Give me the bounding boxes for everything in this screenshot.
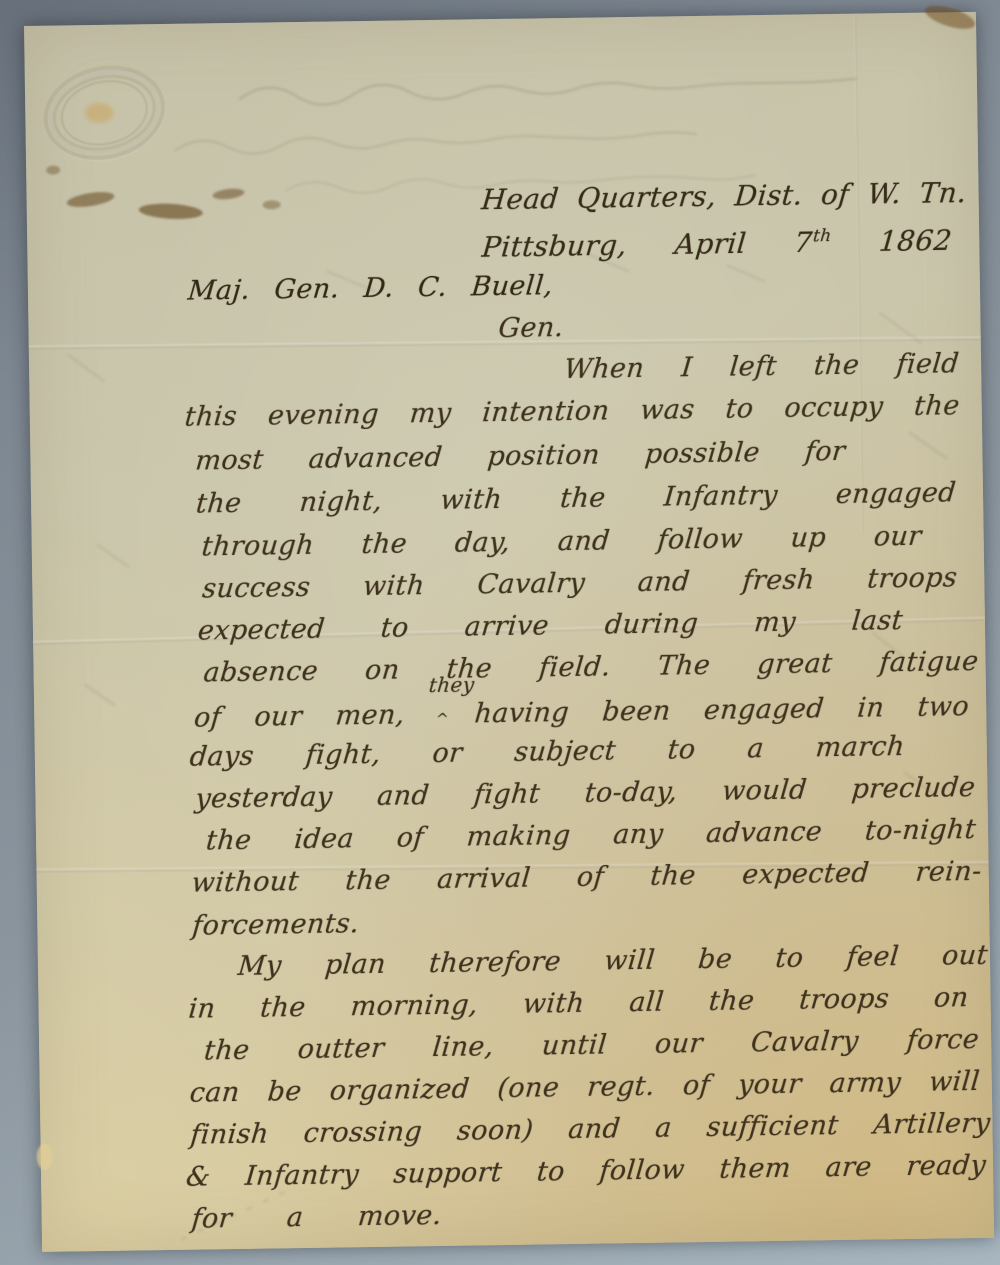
insertion-caret: ^ (434, 704, 450, 735)
body-line-with-insertion: of our men, they^ having been engaged in… (193, 688, 971, 734)
ink-stain (263, 200, 281, 209)
heading-year-text: 1862 (830, 224, 954, 259)
body-line: expected to arrive during my last (197, 605, 905, 647)
inserted-word: they (427, 669, 475, 701)
body-line: My plan therefore will be to feel out (237, 940, 990, 982)
body-line: for a move. (190, 1200, 443, 1235)
letter-photograph: { "colors": { "backdrop": "#8b959e", "pa… (0, 0, 1000, 1265)
heading-line-2: Pittsburg, April 7th 1862 (481, 219, 954, 262)
ink-stain (46, 165, 60, 174)
body-line: days fight, or subject to a march (188, 731, 906, 773)
body-line: forcements. (191, 908, 361, 942)
ink-stain (212, 187, 245, 201)
edge-stain (37, 1144, 53, 1170)
letter-paper: Head Quarters, Dist. of W. Tn. Pittsburg… (24, 12, 994, 1252)
body-line: absence on the field. The great fatigue (202, 646, 980, 689)
body-line: yesterday and fight to-day, would preclu… (194, 772, 977, 815)
body-line: success with Cavalry and fresh troops (201, 562, 959, 604)
ink-stain (138, 202, 203, 220)
body-line: in the morning, with all the troops on (187, 982, 970, 1025)
fold-crease-vertical (854, 14, 864, 534)
body-line: finish crossing soon) and a sufficient A… (189, 1108, 992, 1151)
body-line: the idea of making any advance to-night (205, 814, 978, 856)
body-line: can be organized (one regt. of your army… (188, 1066, 981, 1109)
date-superscript: th (812, 226, 832, 246)
body-line: most advanced position possible for (194, 436, 847, 477)
body-line: this evening my intention was to occupy … (183, 390, 961, 433)
heading-line-1: Head Quarters, Dist. of W. Tn. (480, 177, 968, 215)
salutation-line: Gen. (497, 312, 565, 344)
body-line: the night, with the Infantry engaged (195, 477, 958, 519)
body-line: without the arrival of the expected rein… (190, 856, 983, 899)
body-line: the outter line, until our Cavalry force (203, 1024, 981, 1067)
body-line: When I left the field (563, 348, 961, 385)
insertion-mark: they^ (437, 696, 442, 723)
body-line-part: having been engaged in two (473, 691, 970, 729)
recipient-line: Maj. Gen. D. C. Buell, (187, 270, 555, 306)
body-line-part: of our men, (193, 699, 406, 733)
heading-date-text: Pittsburg, April 7 (481, 226, 814, 264)
body-line: through the day, and follow up our (200, 521, 923, 563)
body-line: & Infantry support to follow them are re… (185, 1150, 988, 1193)
ink-stain (66, 189, 115, 209)
corner-stain (922, 1, 977, 34)
